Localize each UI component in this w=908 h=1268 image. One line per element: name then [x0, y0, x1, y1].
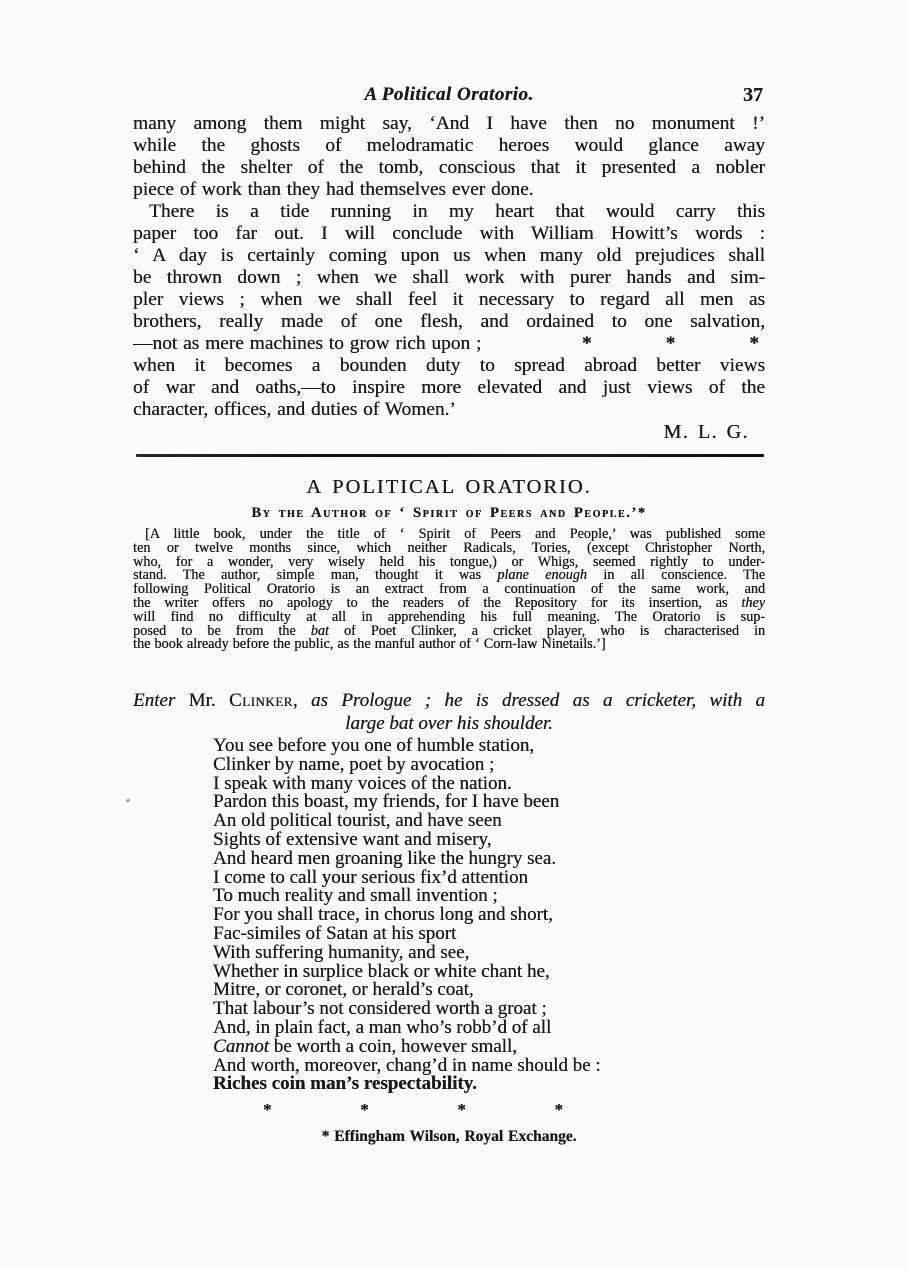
- article-title: A POLITICAL ORATORIO.: [133, 476, 765, 499]
- section-divider-rule: [136, 454, 764, 457]
- footnote-text: * Effingham Wilson, Royal Exchange.: [133, 1128, 765, 1146]
- note-line: posed to be from the bat of Poet Clinker…: [133, 625, 765, 639]
- asterisk-separator: * * * *: [263, 1100, 563, 1120]
- poem-line: Riches coin man’s respectability.: [213, 1075, 845, 1094]
- note-line: [A little book, under the title of ‘ Spi…: [133, 528, 765, 542]
- asterisk-group: * * *: [481, 333, 765, 355]
- poem-line: For you shall trace, in chorus long and …: [213, 906, 845, 925]
- scanned-document-page: A Political Oratorio. 37 many among them…: [0, 0, 908, 1268]
- text-line: paper too far out. I will conclude with …: [133, 223, 765, 245]
- text-line: ‘ A day is certainly coming upon us when…: [133, 245, 765, 267]
- text-line: when it becomes a bounden duty to spread…: [133, 355, 765, 377]
- running-header: A Political Oratorio. 37: [133, 84, 765, 108]
- text-line: many among them might say, ‘And I have t…: [133, 113, 765, 135]
- note-line: the book already before the public, as t…: [133, 638, 765, 652]
- scan-artifact-dot: [126, 798, 131, 802]
- text-line: —not as mere machines to grow rich upon …: [133, 333, 765, 355]
- text-line: pler views ; when we shall feel it neces…: [133, 289, 765, 311]
- poem-line: An old political tourist, and have seen: [213, 812, 845, 831]
- closing-article: many among them might say, ‘And I have t…: [133, 113, 765, 443]
- poem-line: Clinker by name, poet by avocation ;: [213, 756, 845, 775]
- body-paragraph: There is a tide running in my heart that…: [133, 201, 765, 421]
- note-line: will find no difficulty at all in appreh…: [133, 611, 765, 625]
- poem-line: I speak with many voices of the nation.: [213, 775, 845, 794]
- note-line: stand. The author, simple man, thought i…: [133, 569, 765, 583]
- stage-direction-line: large bat over his shoulder.: [133, 713, 765, 736]
- asterisk: *: [457, 1100, 466, 1120]
- body-paragraph: many among them might say, ‘And I have t…: [133, 113, 765, 201]
- text-line-fragment: —not as mere machines to grow rich upon …: [133, 333, 481, 355]
- text-line: behind the shelter of the tomb, consciou…: [133, 157, 765, 179]
- text-line: while the ghosts of melodramatic heroes …: [133, 135, 765, 157]
- poem-line: Whether in surplice black or white chant…: [213, 963, 845, 982]
- poem-line: And worth, moreover, chang’d in name sho…: [213, 1057, 845, 1076]
- poem: You see before you one of humble station…: [133, 737, 845, 1094]
- poem-line: Mitre, or coronet, or herald’s coat,: [213, 981, 845, 1000]
- poem-line: And, in plain fact, a man who’s robb’d o…: [213, 1019, 845, 1038]
- asterisk: *: [360, 1100, 369, 1120]
- poem-line: Cannot be worth a coin, however small,: [213, 1038, 845, 1057]
- stage-direction-line: Enter Mr. Clinker, as Prologue ; he is d…: [133, 690, 765, 713]
- text-line: character, offices, and duties of Women.…: [133, 399, 765, 421]
- note-line: who, for a wonder, very wisely held his …: [133, 556, 765, 570]
- asterisk: *: [749, 333, 759, 355]
- poem-line: Fac-similes of Satan at his sport: [213, 925, 845, 944]
- article-byline: By the Author of ‘ Spirit of Peers and P…: [133, 505, 765, 522]
- poem-line: To much reality and small invention ;: [213, 887, 845, 906]
- editorial-note: [A little book, under the title of ‘ Spi…: [133, 528, 765, 652]
- poem-line: And heard men groaning like the hungry s…: [213, 850, 845, 869]
- article-signature: M. L. G.: [133, 421, 765, 443]
- asterisk: *: [582, 333, 592, 355]
- text-line: piece of work than they had themselves e…: [133, 179, 765, 201]
- poem-line: Pardon this boast, my friends, for I hav…: [213, 793, 845, 812]
- asterisk: *: [263, 1100, 272, 1120]
- running-header-title: A Political Oratorio.: [133, 84, 765, 106]
- page-number: 37: [743, 84, 763, 107]
- poem-line: I come to call your serious fix’d attent…: [213, 869, 845, 888]
- note-line: following Political Oratorio is an extra…: [133, 583, 765, 597]
- poem-line: You see before you one of humble station…: [213, 737, 845, 756]
- text-line: There is a tide running in my heart that…: [133, 201, 765, 223]
- stage-direction: Enter Mr. Clinker, as Prologue ; he is d…: [133, 690, 765, 735]
- text-line: be thrown down ; when we shall work with…: [133, 267, 765, 289]
- text-line: of war and oaths,—to inspire more elevat…: [133, 377, 765, 399]
- asterisk: *: [666, 333, 676, 355]
- poem-line: That labour’s not considered worth a gro…: [213, 1000, 845, 1019]
- note-line: ten or twelve months since, which neithe…: [133, 542, 765, 556]
- poem-line: Sights of extensive want and misery,: [213, 831, 845, 850]
- asterisk: *: [554, 1100, 563, 1120]
- note-line: the writer offers no apology to the read…: [133, 597, 765, 611]
- text-line: brothers, really made of one flesh, and …: [133, 311, 765, 333]
- poem-line: With suffering humanity, and see,: [213, 944, 845, 963]
